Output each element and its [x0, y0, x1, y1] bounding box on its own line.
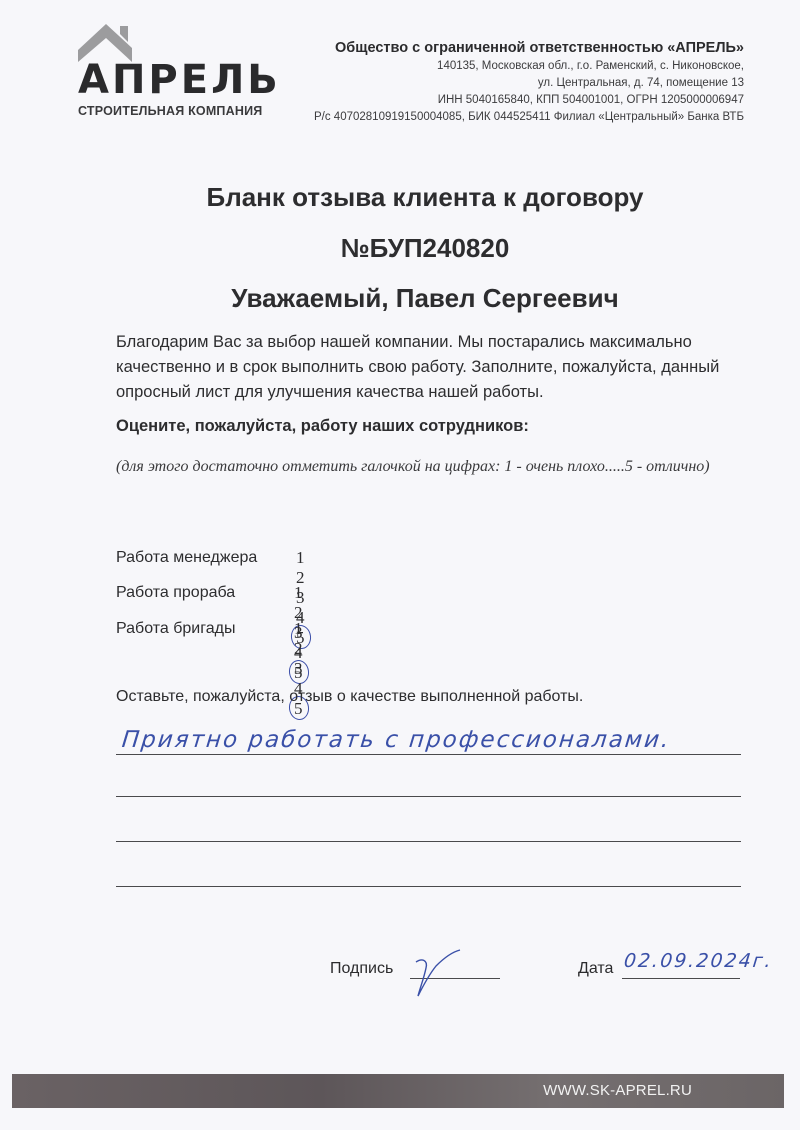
rating-option-2[interactable]: 2: [294, 639, 303, 659]
date-handwritten-value[interactable]: 02.09.2024г.: [623, 950, 774, 972]
footer-website-link[interactable]: WWW.SK-APREL.RU: [543, 1082, 692, 1099]
date-field[interactable]: [622, 978, 740, 979]
rating-row-crew: Работа бригады 12345: [116, 620, 296, 646]
feedback-line-3[interactable]: [116, 841, 741, 842]
company-address-line-1: 140135, Московская обл., г.о. Раменский,…: [314, 58, 744, 75]
rating-row-foreman: Работа прораба 12345: [116, 584, 296, 610]
rating-row-manager: Работа менеджера 12345: [116, 549, 296, 575]
company-bank-details: Р/с 40702810919150004085, БИК 044525411 …: [314, 109, 744, 126]
feedback-line-2[interactable]: [116, 796, 741, 797]
house-roof-icon: [78, 20, 148, 60]
feedback-handwritten-text[interactable]: Приятно работать с профессионалами.: [121, 727, 672, 753]
date-label: Дата: [578, 960, 613, 978]
feedback-line-4[interactable]: [116, 886, 741, 887]
footer-bar: WWW.SK-APREL.RU: [12, 1074, 784, 1108]
rating-label: Работа менеджера: [116, 549, 296, 567]
client-greeting: Уважаемый, Павел Сергеевич: [0, 283, 800, 314]
rating-option-1[interactable]: 1: [296, 548, 305, 568]
rating-label: Работа прораба: [116, 584, 296, 602]
company-logo-subtitle: СТРОИТЕЛЬНАЯ КОМПАНИЯ: [78, 104, 262, 118]
signature-label: Подпись: [330, 960, 393, 978]
company-requisites: Общество с ограниченной ответственностью…: [314, 38, 744, 126]
company-address-line-2: ул. Центральная, д. 74, помещение 13: [314, 75, 744, 92]
feedback-line-1[interactable]: [116, 754, 741, 755]
rating-option-1[interactable]: 1: [294, 619, 303, 639]
feedback-label: Оставьте, пожалуйста, отзыв о качестве в…: [116, 688, 583, 706]
contract-number: №БУП240820: [0, 233, 800, 264]
rating-option-3[interactable]: 3: [294, 659, 303, 679]
form-title: Бланк отзыва клиента к договору: [0, 182, 800, 213]
signature-scribble-icon: [412, 948, 462, 1005]
rating-label: Работа бригады: [116, 620, 296, 638]
company-logo-name: АПРЕЛЬ: [78, 58, 281, 102]
intro-paragraph: Благодарим Вас за выбор нашей компании. …: [116, 330, 736, 405]
rating-heading: Оцените, пожалуйста, работу наших сотруд…: [116, 417, 529, 436]
rating-option-1[interactable]: 1: [294, 583, 303, 603]
company-legal-name: Общество с ограниченной ответственностью…: [314, 38, 744, 58]
rating-hint: (для этого достаточно отметить галочкой …: [116, 454, 716, 479]
company-tax-ids: ИНН 5040165840, КПП 504001001, ОГРН 1205…: [314, 92, 744, 109]
